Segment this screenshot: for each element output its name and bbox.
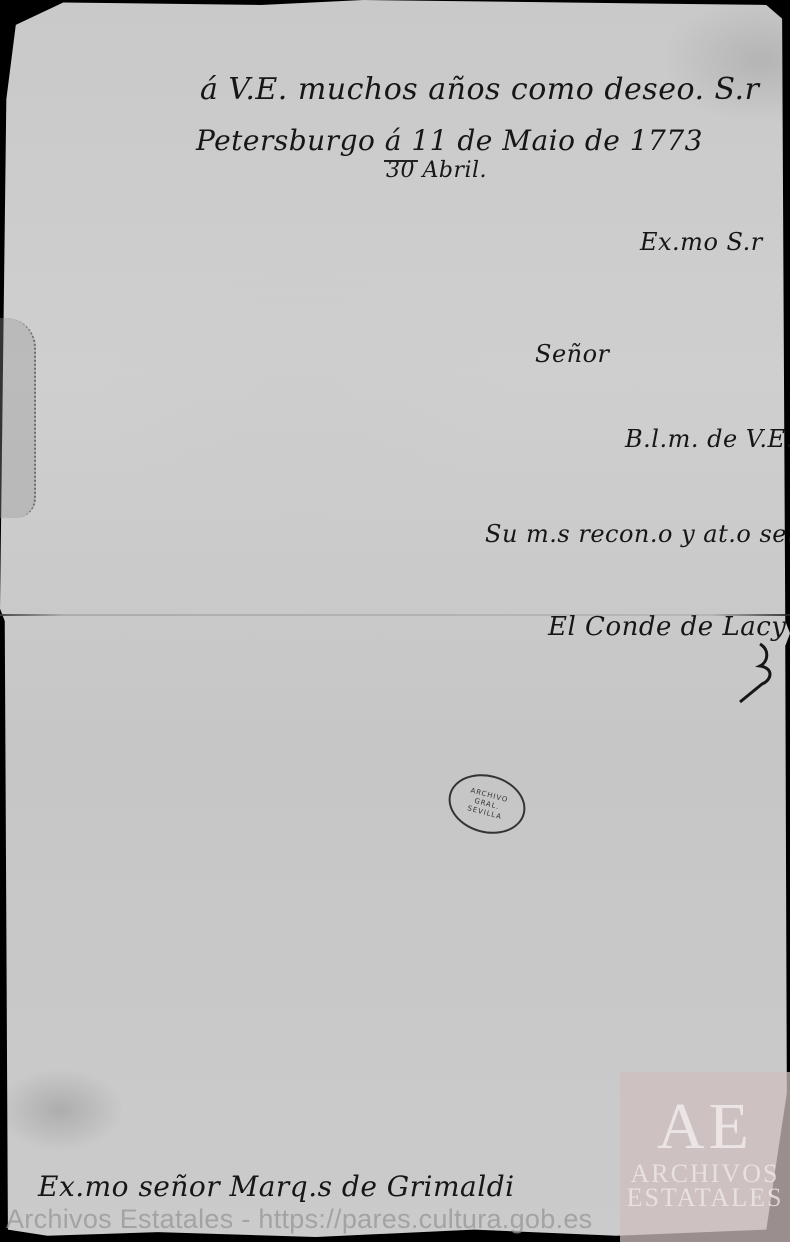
signature-flourish-icon <box>730 640 790 710</box>
old-style-date: 30 Abril. <box>386 158 487 183</box>
addressee-line: Ex.mo señor Marq.s de Grimaldi <box>38 1170 515 1203</box>
servant-formula: Su m.s recon.o y at.o servid.r <box>485 520 790 548</box>
water-stain <box>0 318 36 518</box>
date-overline <box>384 160 418 162</box>
salutation-senor: Señor <box>535 340 610 368</box>
blm-formula: B.l.m. de V.E. <box>625 425 790 453</box>
logo-text-2: ESTATALES <box>627 1186 784 1210</box>
archive-watermark-text: Archivos Estatales - https://pares.cultu… <box>6 1204 592 1235</box>
place-date-line: Petersburgo á 11 de Maio de 1773 <box>196 124 703 157</box>
closing-line: á V.E. muchos años como deseo. S.r <box>200 72 759 107</box>
signature: El Conde de Lacy <box>548 612 786 642</box>
salutation-excmo: Ex.mo S.r <box>640 228 763 256</box>
ae-logo-icon: AE <box>657 1092 753 1162</box>
archivos-estatales-logo: AE ARCHIVOS ESTATALES <box>620 1072 790 1242</box>
